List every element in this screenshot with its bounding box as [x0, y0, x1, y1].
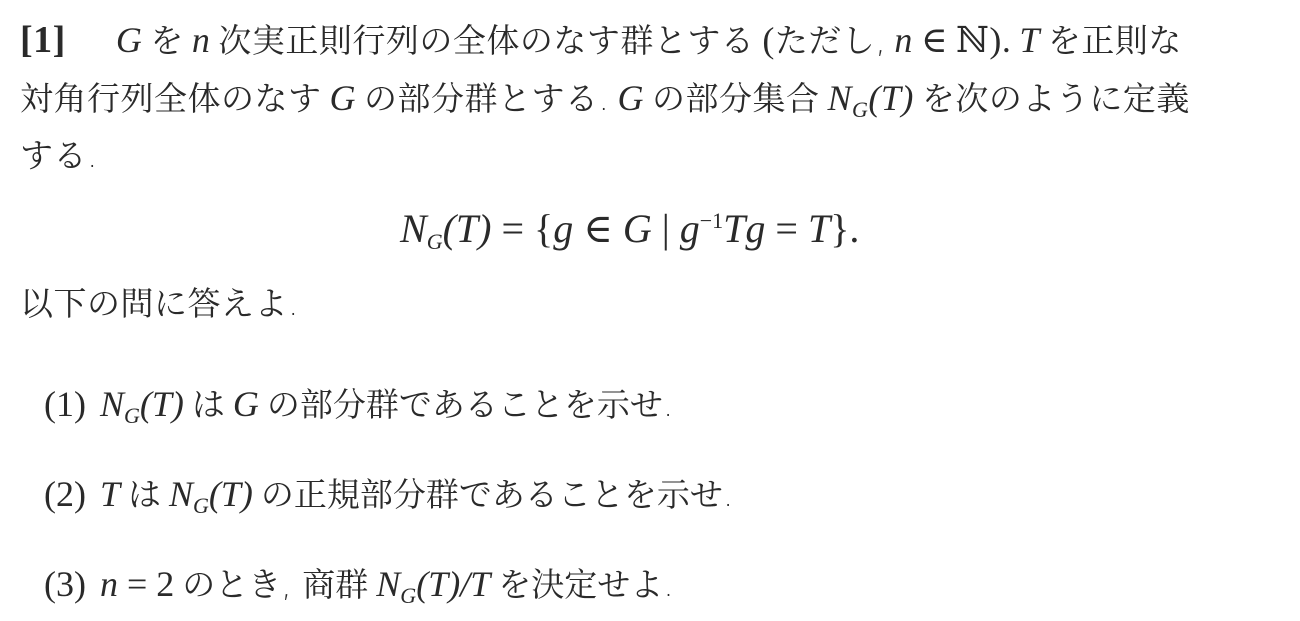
- intro-line-3: する.: [20, 134, 98, 178]
- question-1: (1)NG(T)はGの部分群であることを示せ.: [44, 382, 673, 438]
- question-3: (3)n = 2のとき, 商群NG(T)/Tを決定せよ.: [44, 562, 674, 618]
- definition-formula: NG(T) = {g ∈ G | g−1Tg = T}.: [400, 196, 859, 267]
- prompt-text: 以下の問に答えよ.: [20, 282, 299, 326]
- problem-label: [1]: [20, 19, 66, 61]
- intro-line-2: 対角行列全体のなすGの部分群とする.Gの部分集合NG(T)を次のように定義: [20, 76, 1190, 132]
- problem-document: [1]Gをn次実正則行列の全体のなす群とする(ただし,n∈ℕ).Tを正則な 対角…: [0, 0, 1300, 621]
- intro-line-1: [1]Gをn次実正則行列の全体のなす群とする(ただし,n∈ℕ).Tを正則な: [20, 18, 1182, 63]
- question-2: (2)TはNG(T)の正規部分群であることを示せ.: [44, 472, 733, 528]
